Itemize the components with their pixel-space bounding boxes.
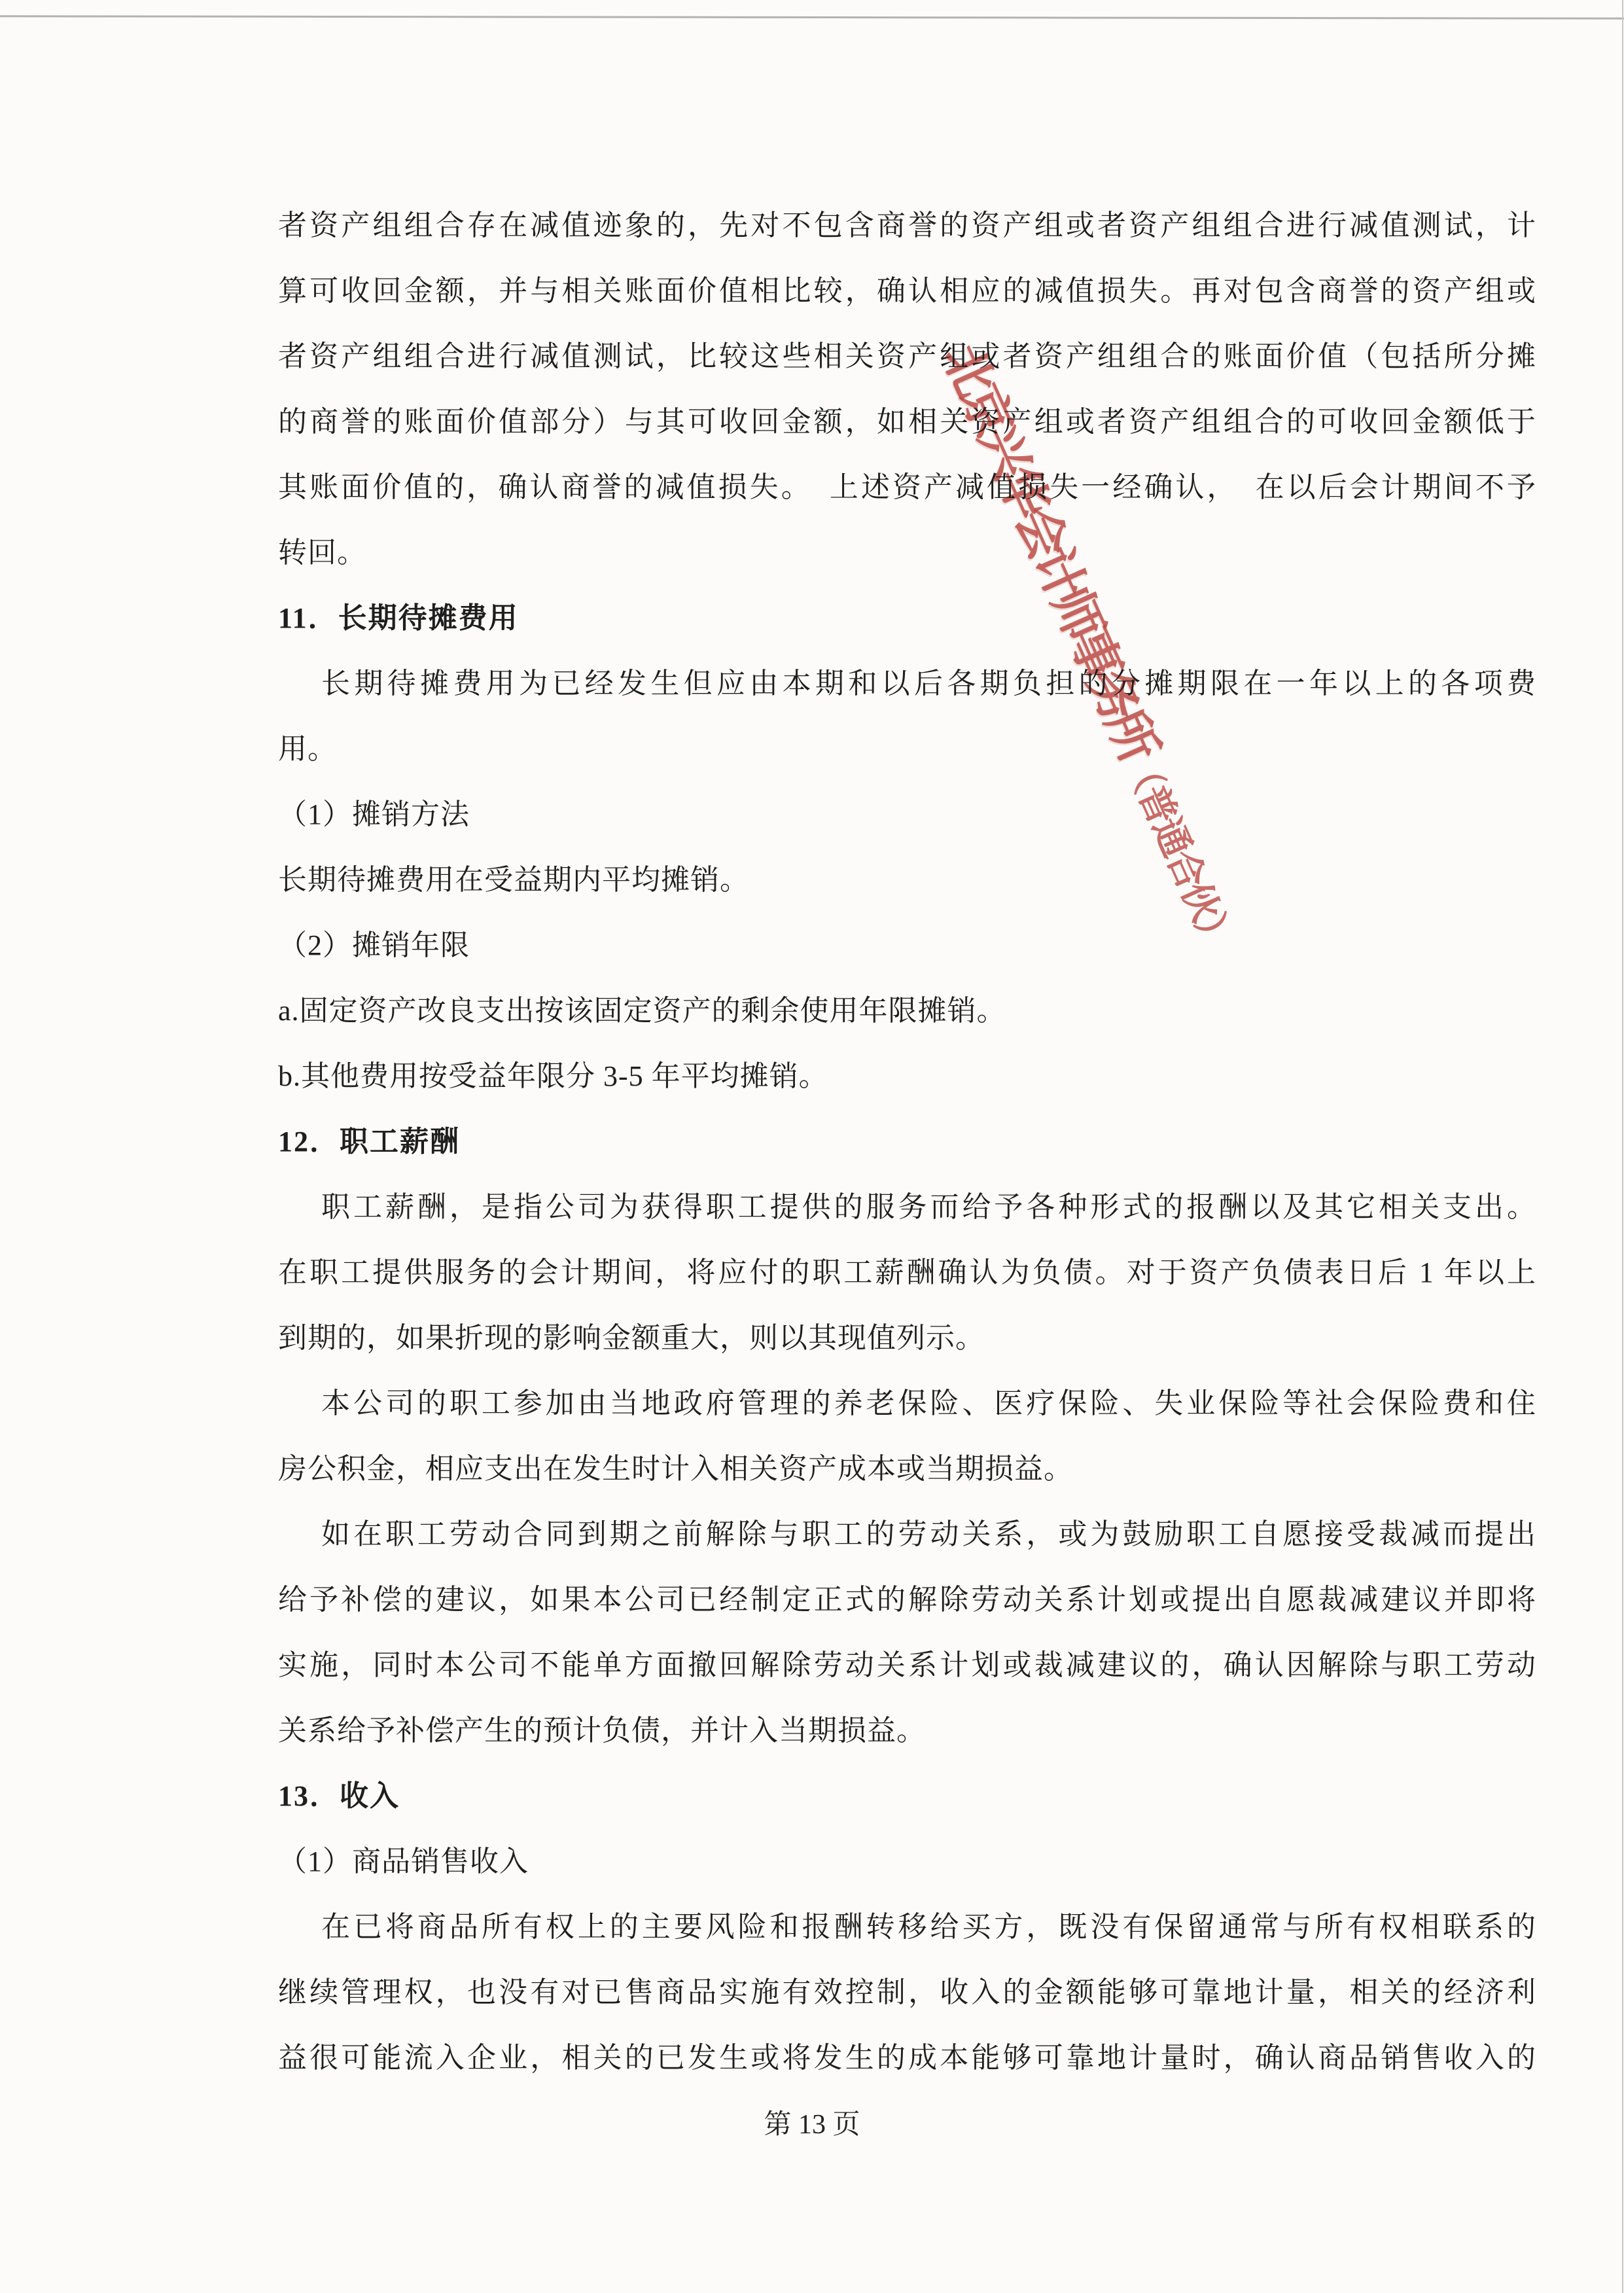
text-line: 其账面价值的，确认商誉的减值损失。 上述资产减值损失一经确认， 在以后会计期间不… xyxy=(278,455,1536,520)
text-line: b.其他费用按受益年限分 3-5 年平均摊销。 xyxy=(278,1044,1536,1109)
text-line: 职工薪酬，是指公司为获得职工提供的服务而给予各种形式的报酬以及其它相关支出。 xyxy=(278,1175,1536,1240)
section-heading-line: 11．长期待摊费用 xyxy=(278,586,1536,651)
text-line: 本公司的职工参加由当地政府管理的养老保险、医疗保险、失业保险等社会保险费和住 xyxy=(278,1371,1536,1436)
text-line: 用。 xyxy=(278,717,1536,782)
text-line: 实施，同时本公司不能单方面撤回解除劳动关系计划或裁减建议的，确认因解除与职工劳动 xyxy=(278,1633,1536,1698)
text-line: 在职工提供服务的会计期间，将应付的职工薪酬确认为负债。对于资产负债表日后 1 年… xyxy=(278,1240,1536,1306)
scan-artifact-top-line xyxy=(0,15,1624,19)
text-line: 转回。 xyxy=(278,520,1536,586)
text-line: 算可收回金额，并与相关账面价值相比较，确认相应的减值损失。再对包含商誉的资产组或 xyxy=(278,258,1536,324)
text-line: 长期待摊费用在受益期内平均摊销。 xyxy=(278,847,1536,913)
text-line: 长期待摊费用为已经发生但应由本期和以后各期负担的分摊期限在一年以上的各项费 xyxy=(278,651,1536,717)
scan-artifact-right-edge-line xyxy=(1622,0,1623,2293)
text-line: a.固定资产改良支出按该固定资产的剩余使用年限摊销。 xyxy=(278,978,1536,1044)
text-line: 如在职工劳动合同到期之前解除与职工的劳动关系，或为鼓励职工自愿接受裁减而提出 xyxy=(278,1502,1536,1567)
text-line: 者资产组组合进行减值测试，比较这些相关资产组或者资产组组合的账面价值（包括所分摊 xyxy=(278,324,1536,389)
text-line: 继续管理权，也没有对已售商品实施有效控制，收入的金额能够可靠地计量，相关的经济利 xyxy=(278,1960,1536,2025)
text-line: 给予补偿的建议，如果本公司已经制定正式的解除劳动关系计划或提出自愿裁减建议并即将 xyxy=(278,1567,1536,1633)
section-heading-line: 13．收入 xyxy=(278,1764,1536,1829)
text-line: （2）摊销年限 xyxy=(278,913,1536,978)
text-line: （1）摊销方法 xyxy=(278,782,1536,847)
text-line: （1）商品销售收入 xyxy=(278,1829,1536,1894)
text-line: 关系给予补偿产生的预计负债，并计入当期损益。 xyxy=(278,1698,1536,1764)
section-heading-line: 12．职工薪酬 xyxy=(278,1109,1536,1175)
document-text-block: 者资产组组合存在减值迹象的，先对不包含商誉的资产组或者资产组组合进行减值测试，计… xyxy=(278,193,1536,2091)
scanned-document-page: 北京兴华会计师事务所（普通合伙） 者资产组组合存在减值迹象的，先对不包含商誉的资… xyxy=(0,0,1624,2293)
text-line: 益很可能流入企业，相关的已发生或将发生的成本能够可靠地计量时，确认商品销售收入的 xyxy=(278,2025,1536,2091)
text-line: 者资产组组合存在减值迹象的，先对不包含商誉的资产组或者资产组组合进行减值测试，计 xyxy=(278,193,1536,258)
text-line: 在已将商品所有权上的主要风险和报酬转移给买方，既没有保留通常与所有权相联系的 xyxy=(278,1894,1536,1960)
text-line: 的商誉的账面价值部分）与其可收回金额，如相关资产组或者资产组组合的可收回金额低于 xyxy=(278,389,1536,455)
text-line: 到期的，如果折现的影响金额重大，则以其现值列示。 xyxy=(278,1306,1536,1371)
page-number: 第 13 页 xyxy=(0,2092,1624,2158)
text-line: 房公积金，相应支出在发生时计入相关资产成本或当期损益。 xyxy=(278,1436,1536,1502)
